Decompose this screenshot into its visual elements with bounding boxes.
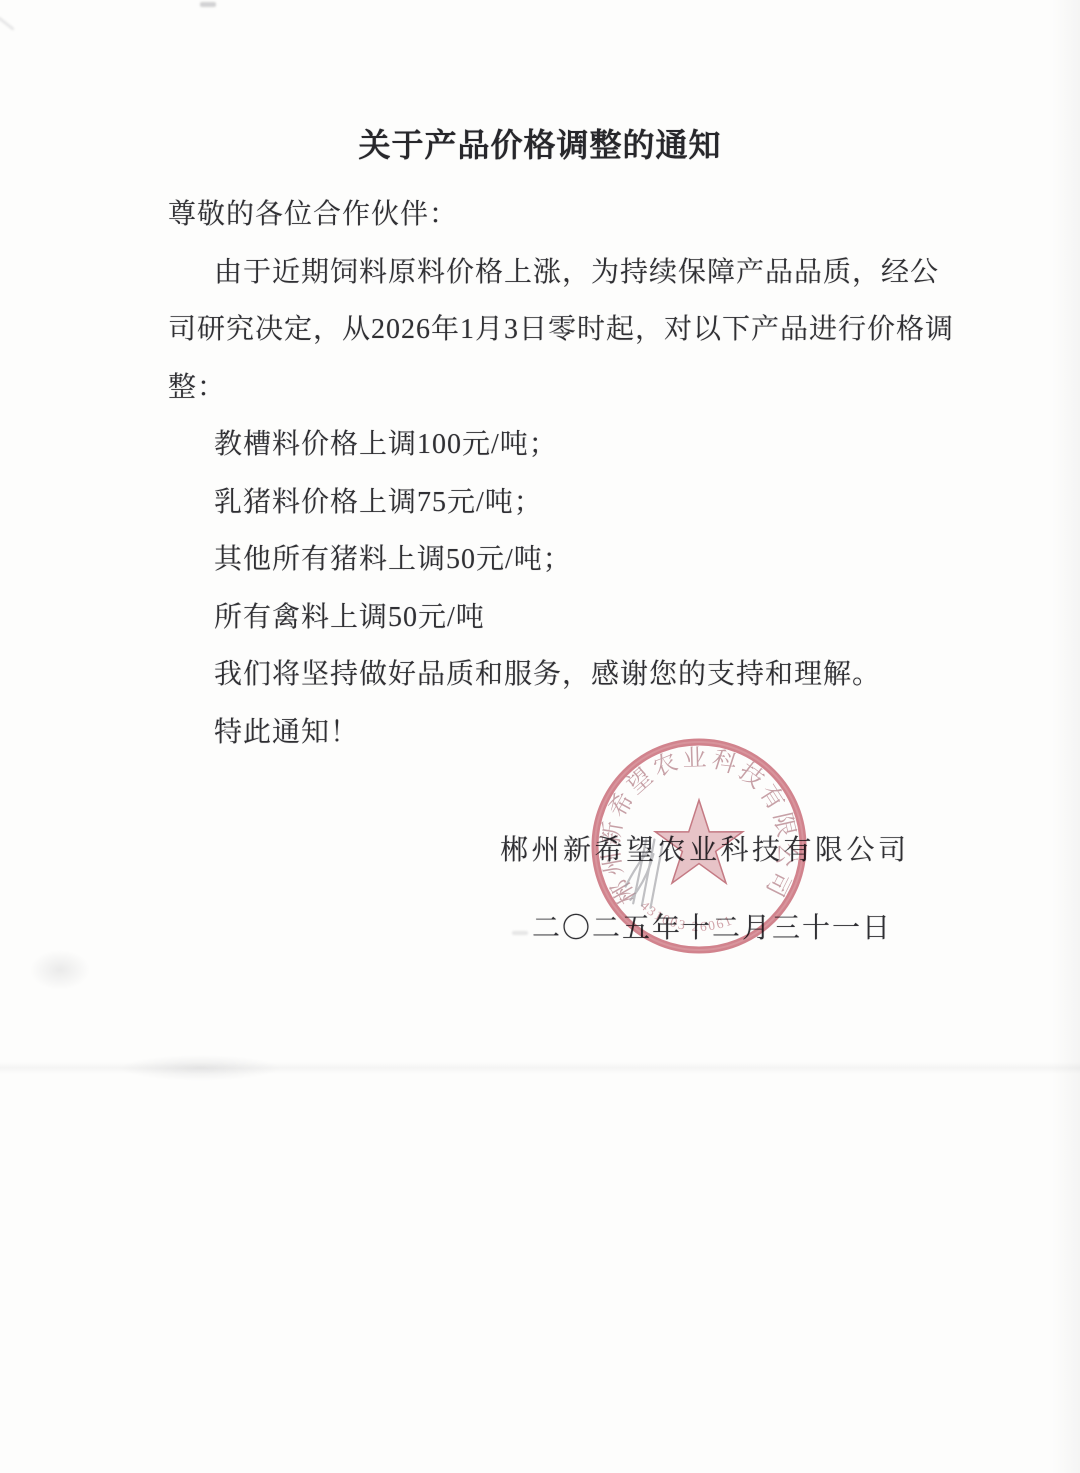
price-item-poultry-feed: 所有禽料上调50元/吨 [168,589,952,647]
scan-speck [0,16,15,31]
star-icon [655,800,743,883]
salutation: 尊敬的各位合作伙伴： [168,186,952,244]
scan-fold-line [0,1062,1080,1074]
paragraph-line: 整： [168,359,952,417]
scan-speck [200,2,216,7]
notice-line: 特此通知！ [168,704,952,762]
price-item-other-pig-feed: 其他所有猪料上调50元/吨； [168,531,952,589]
paragraph-line: 由于近期饲料原料价格上涨，为持续保障产品品质，经公 [168,244,952,302]
price-item-creep-feed: 教槽料价格上调100元/吨； [168,416,952,474]
notice-title: 关于产品价格调整的通知 [0,120,1080,166]
notice-body: 尊敬的各位合作伙伴： 由于近期饲料原料价格上涨，为持续保障产品品质，经公 司研究… [168,186,952,761]
scanned-notice-document: 关于产品价格调整的通知 尊敬的各位合作伙伴： 由于近期饲料原料价格上涨，为持续保… [0,0,1080,1473]
scan-speck [512,931,528,935]
closing-line: 我们将坚持做好品质和服务，感谢您的支持和理解。 [168,646,952,704]
scan-edge-shade [1052,0,1080,1473]
red-seal-stamp: 郴州新希望农业科技有限公司 431003 26061 [583,730,815,962]
paragraph-line: 司研究决定，从2026年1月3日零时起，对以下产品进行价格调 [168,301,952,359]
price-item-piglet-feed: 乳猪料价格上调75元/吨； [168,474,952,532]
scan-smudge [30,950,90,990]
